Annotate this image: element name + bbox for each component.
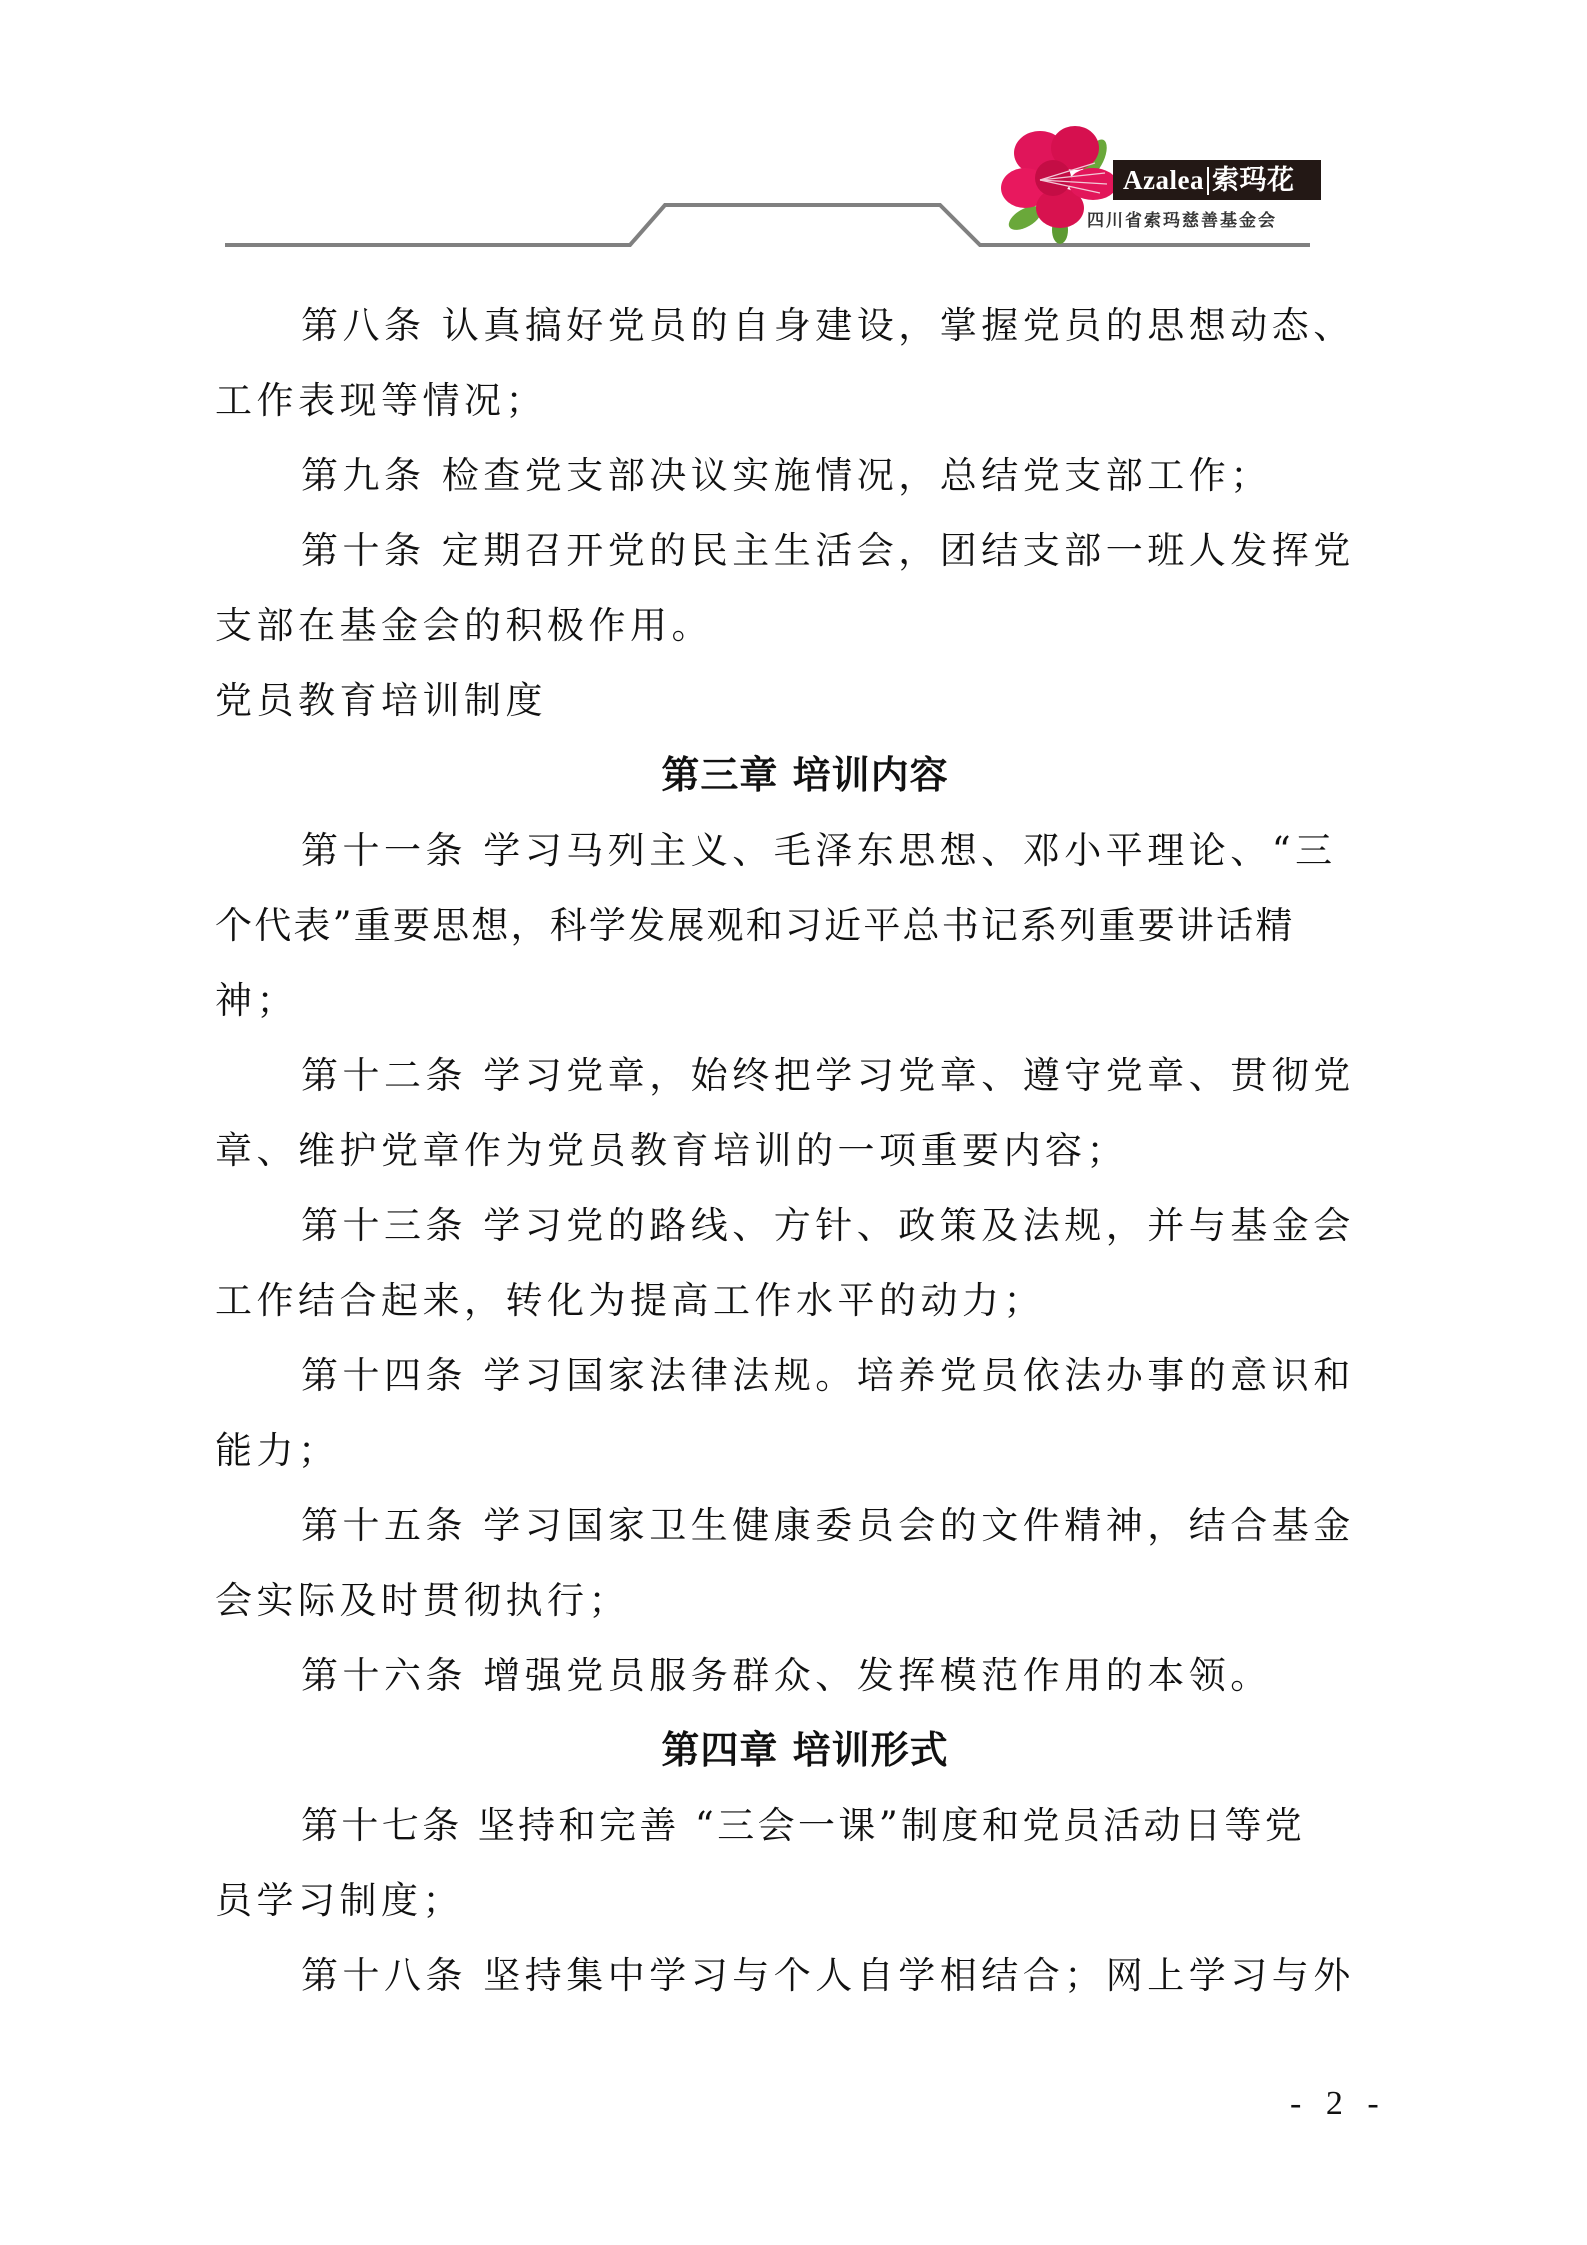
logo-brand-bar: Azalea索玛花 — [1113, 160, 1321, 200]
document-body: 第八条 认真搞好党员的自身建设，掌握党员的思想动态、 工作表现等情况； 第九条 … — [215, 288, 1395, 2013]
paragraph-line: 工作表现等情况； — [215, 363, 1395, 438]
chapter-heading: 第四章 培训形式 — [215, 1713, 1395, 1788]
page-number: - 2 - — [1290, 2085, 1387, 2123]
logo-brand-en: Azalea — [1123, 165, 1204, 195]
paragraph-line: 个代表”重要思想，科学发展观和习近平总书记系列重要讲话精 — [215, 888, 1395, 963]
paragraph-line: 神； — [215, 963, 1395, 1038]
paragraph-line: 第十六条 增强党员服务群众、发挥模范作用的本领。 — [215, 1638, 1395, 1713]
paragraph-line: 第十二条 学习党章，始终把学习党章、遵守党章、贯彻党 — [215, 1038, 1395, 1113]
paragraph-line: 第十一条 学习马列主义、毛泽东思想、邓小平理论、“三 — [215, 813, 1395, 888]
paragraph-line: 能力； — [215, 1413, 1395, 1488]
logo-separator — [1207, 167, 1209, 195]
section-title: 党员教育培训制度 — [215, 663, 1395, 738]
logo-organization-name: 四川省索玛慈善基金会 — [1087, 206, 1277, 231]
paragraph-line: 工作结合起来，转化为提高工作水平的动力； — [215, 1263, 1395, 1338]
organization-logo: Azalea索玛花 四川省索玛慈善基金会 — [995, 118, 1325, 246]
paragraph-line: 会实际及时贯彻执行； — [215, 1563, 1395, 1638]
paragraph-line: 第九条 检查党支部决议实施情况，总结党支部工作； — [215, 438, 1395, 513]
paragraph-line: 第十四条 学习国家法律法规。培养党员依法办事的意识和 — [215, 1338, 1395, 1413]
paragraph-line: 第十五条 学习国家卫生健康委员会的文件精神，结合基金 — [215, 1488, 1395, 1563]
paragraph-line: 第十条 定期召开党的民主生活会，团结支部一班人发挥党 — [215, 513, 1395, 588]
paragraph-line: 第十七条 坚持和完善 “三会一课”制度和党员活动日等党 — [215, 1788, 1395, 1863]
logo-brand-cn: 索玛花 — [1212, 165, 1295, 195]
paragraph-line: 第十三条 学习党的路线、方针、政策及法规，并与基金会 — [215, 1188, 1395, 1263]
header-rule — [0, 0, 1587, 260]
paragraph-line: 第十八条 坚持集中学习与个人自学相结合；网上学习与外 — [215, 1938, 1395, 2013]
paragraph-line: 员学习制度； — [215, 1863, 1395, 1938]
chapter-heading: 第三章 培训内容 — [215, 738, 1395, 813]
paragraph-line: 支部在基金会的积极作用。 — [215, 588, 1395, 663]
paragraph-line: 章、维护党章作为党员教育培训的一项重要内容； — [215, 1113, 1395, 1188]
paragraph-line: 第八条 认真搞好党员的自身建设，掌握党员的思想动态、 — [215, 288, 1395, 363]
